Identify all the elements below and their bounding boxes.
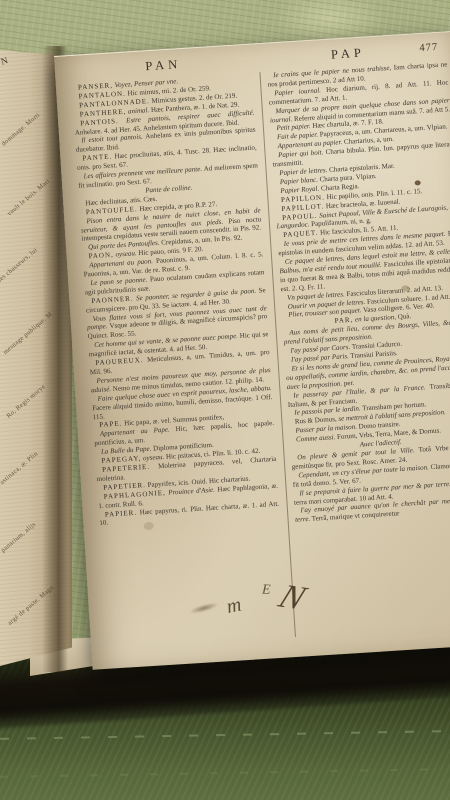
left-page-text-fragment: Ro, Regis morye <box>5 383 47 419</box>
column-left: PANSER, Voyez, Penser par vne.PANTALON. … <box>72 73 288 649</box>
page-number: 477 <box>419 42 438 54</box>
left-page-text-fragment: Pastinaca, æ. Plin <box>0 450 40 488</box>
book-photo-scene: ANdommage. Mortivault le bois. Marides c… <box>0 0 450 800</box>
column-right: Ie crains que le papier ne nous trahisse… <box>259 60 450 637</box>
dictionary-page: PAN PAP 477 PANSER, Voyez, Penser par vn… <box>54 31 450 670</box>
left-page-text-fragment: panarium, alijs <box>0 521 37 554</box>
left-page-text-fragment: dommage. Morti <box>0 111 41 147</box>
text-columns: PANSER, Voyez, Penser par vne.PANTALON. … <box>72 60 450 648</box>
ink-inscription: E <box>262 583 271 599</box>
left-page-text-fragment: des chasseurs, lui <box>0 247 39 285</box>
left-page-text-fragment: AN <box>0 55 12 70</box>
